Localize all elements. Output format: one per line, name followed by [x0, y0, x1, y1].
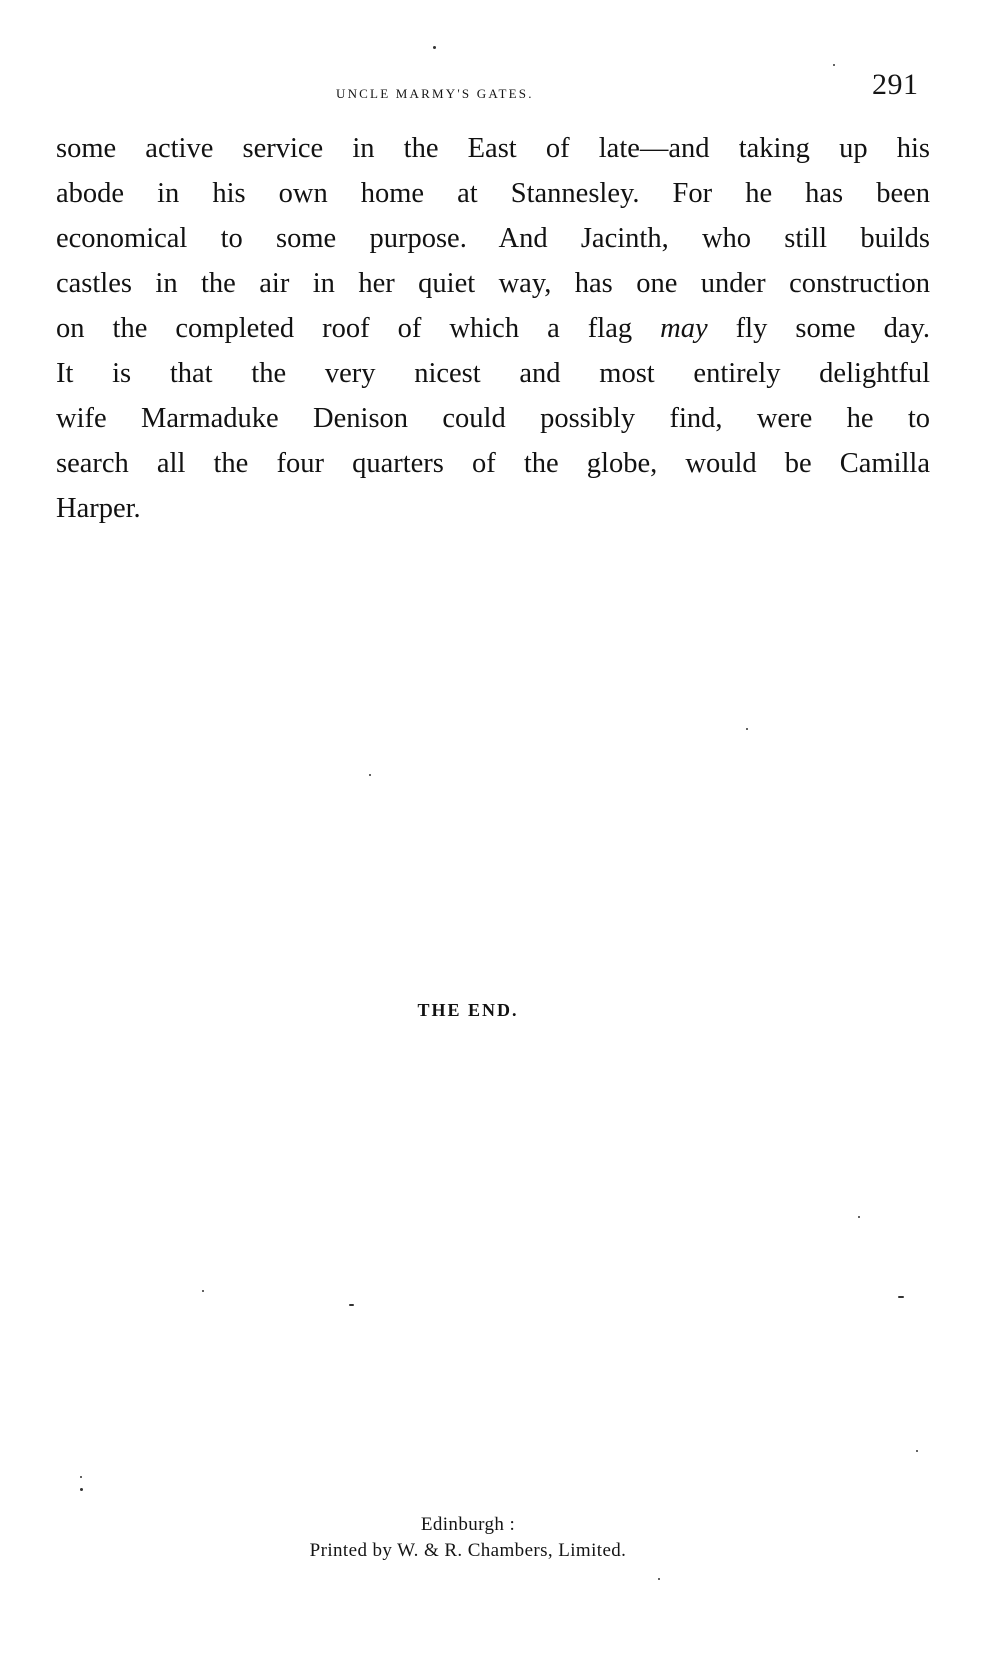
- colophon-place-text: Edinburgh :: [421, 1514, 515, 1535]
- italic-emphasis: may: [660, 313, 707, 344]
- text-line: some active service in the East of late—…: [56, 126, 930, 171]
- text-segment: fly some day.: [708, 313, 930, 344]
- text-line: abode in his own home at Stannesley. For…: [56, 171, 930, 216]
- colophon-place: Edinburgh :: [0, 1512, 1000, 1538]
- scan-speck: [858, 1216, 860, 1218]
- book-page: UNCLE MARMY'S GATES. 291 some active ser…: [0, 0, 1000, 1677]
- text-line-final: Harper.: [56, 486, 930, 531]
- text-line: economical to some purpose. And Jacinth,…: [56, 216, 930, 261]
- colophon-printer: Printed by W. & R. Chambers, Limited.: [0, 1538, 1000, 1564]
- scan-speck: [80, 1488, 83, 1491]
- text-line: on the completed roof of which a flag ma…: [56, 306, 930, 351]
- the-end-label: THE END.: [417, 1000, 518, 1020]
- the-end-heading: THE END.: [0, 1000, 1000, 1021]
- text-line: search all the four quarters of the glob…: [56, 441, 930, 486]
- scan-speck: [433, 46, 436, 49]
- body-paragraph: some active service in the East of late—…: [56, 126, 930, 531]
- text-line: wife Marmaduke Denison could possibly fi…: [56, 396, 930, 441]
- scan-speck: [898, 1296, 904, 1298]
- running-header: UNCLE MARMY'S GATES. 291: [0, 76, 1000, 106]
- running-title: UNCLE MARMY'S GATES.: [336, 82, 534, 104]
- scan-speck: [80, 1476, 82, 1478]
- scan-speck: [833, 64, 835, 66]
- scan-speck: [349, 1304, 354, 1306]
- text-line: It is that the very nicest and most enti…: [56, 351, 930, 396]
- scan-speck: [369, 774, 371, 776]
- page-number: 291: [872, 68, 919, 102]
- colophon-printer-text: Printed by W. & R. Chambers, Limited.: [310, 1540, 627, 1561]
- scan-speck: [658, 1578, 660, 1580]
- printer-colophon: Edinburgh : Printed by W. & R. Chambers,…: [0, 1512, 1000, 1564]
- scan-speck: [202, 1290, 204, 1292]
- scan-speck: [746, 728, 748, 730]
- text-segment: on the completed roof of which a flag: [56, 313, 660, 344]
- text-line: castles in the air in her quiet way, has…: [56, 261, 930, 306]
- scan-speck: [916, 1450, 918, 1452]
